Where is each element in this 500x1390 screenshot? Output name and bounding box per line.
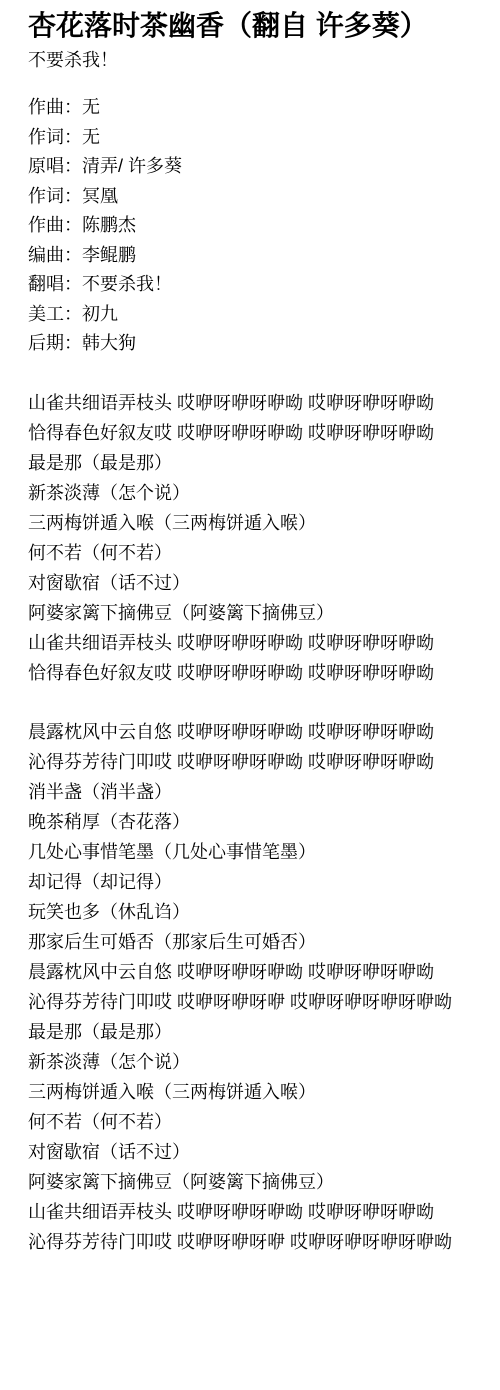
credit-line: 翻唱：不要杀我！ bbox=[28, 270, 500, 300]
lyric-line: 新茶淡薄（怎个说） bbox=[28, 478, 500, 508]
lyrics-stanza-2: 晨露枕风中云自悠 哎咿呀咿呀咿呦 哎咿呀咿呀咿呦 沁得芬芳待门叩哎 哎咿呀咿呀咿… bbox=[28, 717, 500, 1257]
lyric-line: 晨露枕风中云自悠 哎咿呀咿呀咿呦 哎咿呀咿呀咿呦 bbox=[28, 957, 500, 987]
lyrics-stanza-1: 山雀共细语弄枝头 哎咿呀咿呀咿呦 哎咿呀咿呀咿呦 恰得春色好叙友哎 哎咿呀咿呀咿… bbox=[28, 388, 500, 688]
lyric-line: 山雀共细语弄枝头 哎咿呀咿呀咿呦 哎咿呀咿呀咿呦 bbox=[28, 388, 500, 418]
lyric-line: 消半盏（消半盏） bbox=[28, 777, 500, 807]
lyric-line: 阿婆家篱下摘佛豆（阿婆篱下摘佛豆） bbox=[28, 598, 500, 628]
lyric-line: 玩笑也多（休乱诌） bbox=[28, 897, 500, 927]
credit-line: 作曲：陈鹏杰 bbox=[28, 211, 500, 241]
lyrics-page: 杏花落时茶幽香（翻自 许多葵） 不要杀我！ 作曲：无 作词：无 原唱：清弄/ 许… bbox=[0, 0, 500, 1257]
lyric-line: 三两梅饼遁入喉（三两梅饼遁入喉） bbox=[28, 508, 500, 538]
credit-line: 作词：冥凰 bbox=[28, 182, 500, 212]
lyric-line: 对窗歇宿（话不过） bbox=[28, 568, 500, 598]
lyric-line: 恰得春色好叙友哎 哎咿呀咿呀咿呦 哎咿呀咿呀咿呦 bbox=[28, 658, 500, 688]
credit-line: 美工：初九 bbox=[28, 300, 500, 330]
lyric-line: 最是那（最是那） bbox=[28, 1017, 500, 1047]
lyric-line: 山雀共细语弄枝头 哎咿呀咿呀咿呦 哎咿呀咿呀咿呦 bbox=[28, 1197, 500, 1227]
lyric-line: 几处心事惜笔墨（几处心事惜笔墨） bbox=[28, 837, 500, 867]
lyric-line: 却记得（却记得） bbox=[28, 867, 500, 897]
lyric-line: 沁得芬芳待门叩哎 哎咿呀咿呀咿呦 哎咿呀咿呀咿呦 bbox=[28, 747, 500, 777]
credit-line: 后期：韩大狗 bbox=[28, 329, 500, 359]
credit-line: 作曲：无 bbox=[28, 93, 500, 123]
lyric-line: 最是那（最是那） bbox=[28, 448, 500, 478]
lyric-line: 沁得芬芳待门叩哎 哎咿呀咿呀咿 哎咿呀咿呀咿呀咿呦 bbox=[28, 987, 500, 1017]
lyric-line: 对窗歇宿（话不过） bbox=[28, 1137, 500, 1167]
song-title: 杏花落时茶幽香（翻自 许多葵） bbox=[28, 8, 500, 43]
lyric-line: 恰得春色好叙友哎 哎咿呀咿呀咿呦 哎咿呀咿呀咿呦 bbox=[28, 418, 500, 448]
lyric-line: 何不若（何不若） bbox=[28, 538, 500, 568]
lyric-line: 三两梅饼遁入喉（三两梅饼遁入喉） bbox=[28, 1077, 500, 1107]
lyric-line: 那家后生可婚否（那家后生可婚否） bbox=[28, 927, 500, 957]
credit-line: 作词：无 bbox=[28, 123, 500, 153]
lyric-line: 阿婆家篱下摘佛豆（阿婆篱下摘佛豆） bbox=[28, 1167, 500, 1197]
lyric-line: 沁得芬芳待门叩哎 哎咿呀咿呀咿 哎咿呀咿呀咿呀咿呦 bbox=[28, 1227, 500, 1257]
lyric-line: 何不若（何不若） bbox=[28, 1107, 500, 1137]
lyric-line: 晨露枕风中云自悠 哎咿呀咿呀咿呦 哎咿呀咿呀咿呦 bbox=[28, 717, 500, 747]
lyric-line: 晚茶稍厚（杏花落） bbox=[28, 807, 500, 837]
lyric-line: 山雀共细语弄枝头 哎咿呀咿呀咿呦 哎咿呀咿呀咿呦 bbox=[28, 628, 500, 658]
lyric-line: 新茶淡薄（怎个说） bbox=[28, 1047, 500, 1077]
credit-line: 编曲：李鲲鹏 bbox=[28, 241, 500, 271]
credit-line: 原唱：清弄/ 许多葵 bbox=[28, 152, 500, 182]
credits-block: 作曲：无 作词：无 原唱：清弄/ 许多葵 作词：冥凰 作曲：陈鹏杰 编曲：李鲲鹏… bbox=[28, 93, 500, 359]
song-subtitle: 不要杀我！ bbox=[28, 49, 500, 71]
